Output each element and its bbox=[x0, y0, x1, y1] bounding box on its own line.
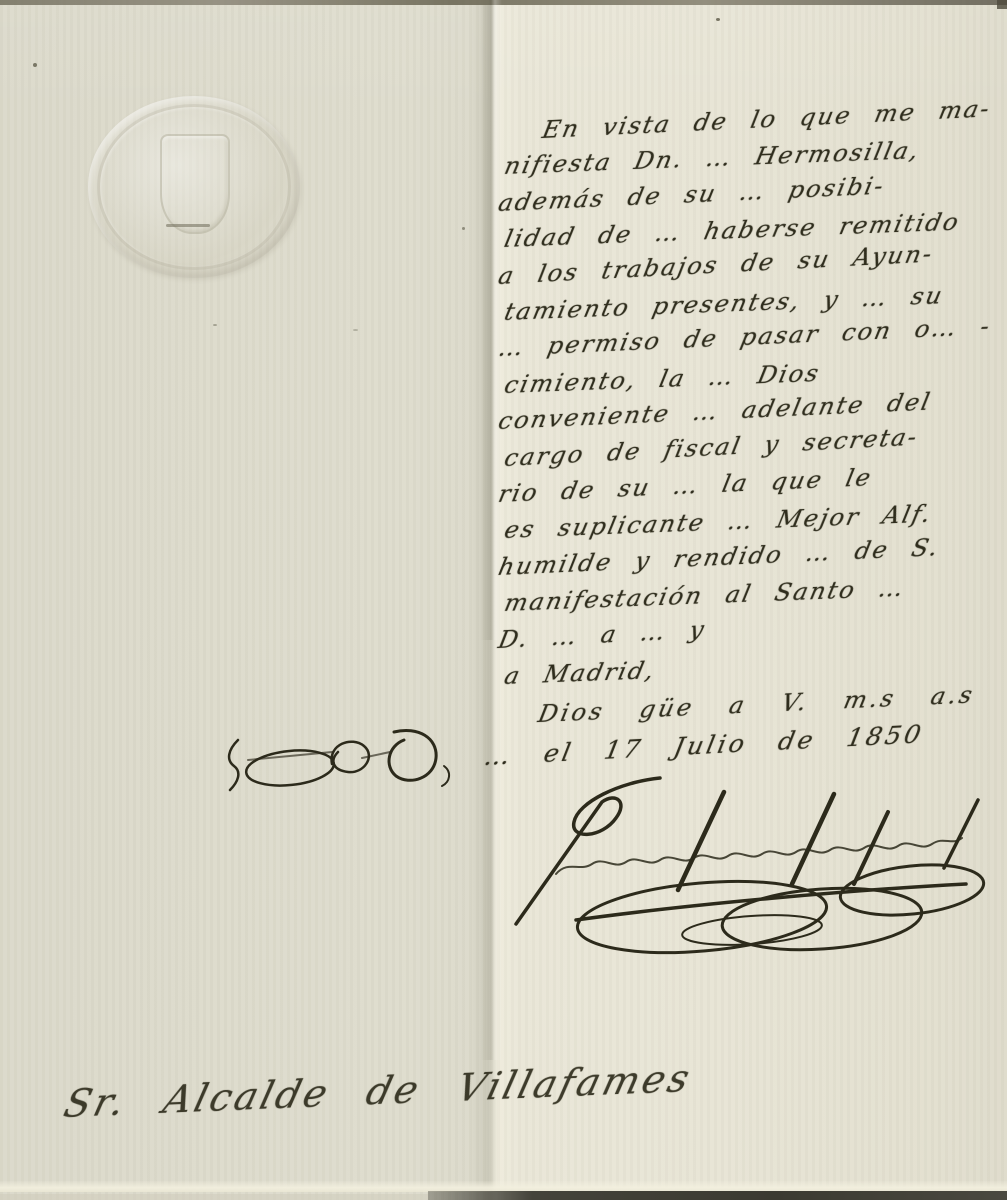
embossed-paper-seal bbox=[88, 96, 300, 278]
scan-top-edge bbox=[0, 0, 1007, 5]
addressee-line: Sr. Alcalde de Villafames bbox=[60, 1056, 697, 1126]
paper-speck bbox=[33, 63, 37, 67]
paper-speck bbox=[353, 329, 358, 331]
paper-speck bbox=[716, 18, 720, 21]
paper-speck bbox=[462, 227, 465, 230]
scanned-letter-page: En vista de lo que me ma- nifiesta Dn. …… bbox=[0, 0, 1007, 1200]
scan-bottom-edge bbox=[428, 1191, 1007, 1200]
paraph-flourish bbox=[212, 702, 467, 810]
seal-shield bbox=[160, 134, 230, 234]
scan-bottom-edge-left bbox=[0, 1194, 428, 1200]
scan-corner-mark bbox=[997, 0, 1007, 9]
paper-speck bbox=[213, 324, 217, 326]
seal-ink-mark bbox=[166, 224, 210, 227]
signature-flourish bbox=[492, 772, 992, 967]
letter-body: En vista de lo que me ma- nifiesta Dn. …… bbox=[498, 112, 1004, 695]
